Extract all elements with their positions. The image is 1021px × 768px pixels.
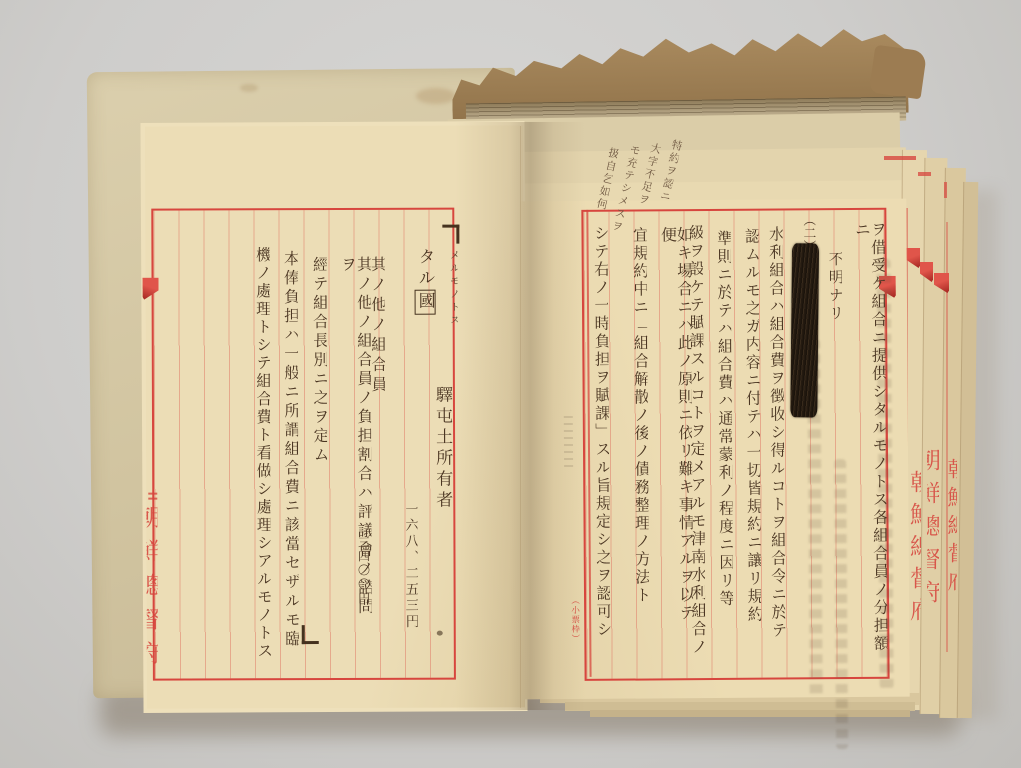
government-general-stamp: 朝鮮總督府 <box>927 448 939 613</box>
page-edge-line <box>520 126 521 708</box>
redacted-column <box>790 243 819 417</box>
printed-margin-mark: （小票枠） <box>571 596 580 674</box>
strip-frame-line <box>944 182 947 198</box>
handwritten-close-bracket <box>302 625 319 644</box>
left-manuscript-page: 朝鮮總督府 メルモノトス 驛屯土所有者タル國 一六八、二五三円 其ノ他ノ組合員 … <box>145 125 525 708</box>
fore-edge-stamp-clip: 朝鮮總督府 <box>946 458 957 618</box>
text-column: ヲ借受ケ組合ニ提供シタルモノトス各組合員ノ分担額ニ <box>852 221 887 663</box>
torn-kraft-corner <box>869 45 927 100</box>
fore-edge-stamp-clip: 朝鮮總督府 <box>927 448 939 663</box>
government-general-stamp: 朝鮮總督府 <box>946 458 957 598</box>
text-column: 水利組合ハ組合費ヲ徴收シ得ルコトヲ組合令ニ於テ <box>766 226 785 658</box>
entry-ekitondo-owner: 驛屯土所有者タル國 <box>399 248 468 528</box>
government-general-stamp: 朝鮮總督府 <box>908 470 921 630</box>
text-column: 認ムルモ之ガ内容ニ付テハ一切皆規約ニ讓リ規約 <box>742 228 761 630</box>
pencil-scribble <box>564 416 573 471</box>
fore-edge-stamp-clip: 朝鮮總督府 <box>908 470 921 675</box>
entry-text: 驛屯土所有者タル <box>415 248 452 512</box>
text-column: 機ノ處理トシテ組合費ト看做シ處理シアルモノトス <box>253 246 270 674</box>
text-column: 本俸負担ハ一般ニ所謂組合費ニ該當セザルモ臨 <box>281 250 298 662</box>
ink-speck <box>437 631 443 636</box>
boxed-character: 國 <box>415 290 436 315</box>
government-general-stamp: 朝鮮總督府 <box>146 505 158 675</box>
text-column: 不明ナリ <box>827 251 843 339</box>
ink-bleedthrough <box>834 459 848 749</box>
text-column: 如キ場合ニハ此ノ原則ニ依リ難キ事情アルヲ以テ便 <box>658 226 693 638</box>
text-column: 經テ組合長別ニ之ヲ定ム <box>310 256 327 528</box>
text-column: 其ノ他ノ組合員ノ負担割合ハ評議會ノ諮問ヲ <box>338 256 371 634</box>
edge-mark-equals <box>148 493 157 500</box>
bottom-page-edge-band <box>590 710 910 717</box>
text-column: 準則ニ於テハ組合費ハ通常蒙利ノ程度ニ因リ等 <box>714 230 733 612</box>
entry-amount: 一六八、二五三円 <box>403 502 417 630</box>
strip-frame-line <box>884 156 916 160</box>
handwritten-open-bracket <box>442 225 459 244</box>
strip-frame-line <box>918 172 931 176</box>
photo-of-open-manuscript-book: 朝鮮總督府 朝鮮總督府 朝鮮總督府 朝鮮總督府 メルモノトス 驛屯土所有者タル國… <box>0 0 1021 768</box>
foxing-stain <box>240 84 258 92</box>
foxing-stain <box>416 88 456 104</box>
left-edge-stamp-clip: 朝鮮總督府 <box>146 505 158 720</box>
